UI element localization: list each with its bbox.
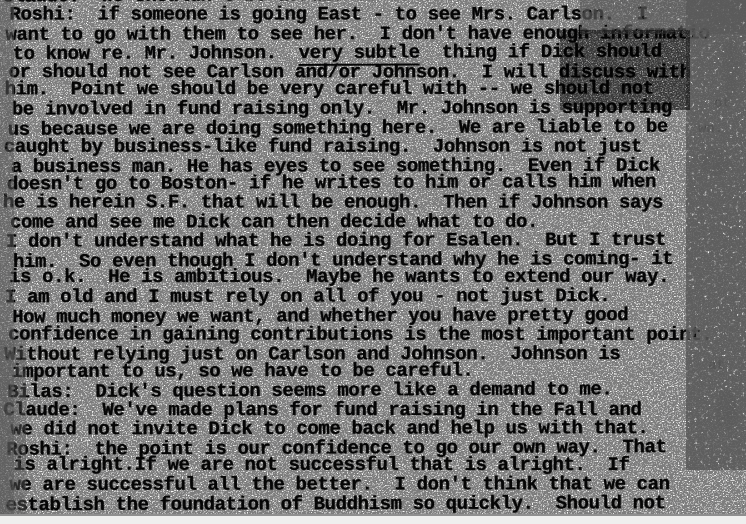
smudge-mark bbox=[716, 390, 738, 430]
text-line: I am old and I must rely on all of you -… bbox=[5, 286, 745, 306]
scanned-document-page: Claude: we shouldn't be afraid to contac… bbox=[0, 0, 746, 524]
text-line: establish the foundation of Buddhism so … bbox=[6, 493, 746, 514]
document-text: Claude: we shouldn't be afraid to contac… bbox=[5, 0, 746, 514]
smudge-mark bbox=[722, 40, 740, 100]
text-line: he is herein S.F. that will be enough. T… bbox=[3, 193, 743, 212]
text-line: is o.k. He is ambitious. Maybe he wants … bbox=[9, 268, 746, 287]
smudge-mark bbox=[700, 150, 730, 176]
page-bottom-strip bbox=[0, 514, 746, 524]
bleed-through-mark: wn. bbox=[698, 121, 723, 137]
bleed-through-mark: at bbox=[708, 358, 725, 374]
text-line: is alright.If we are not successful that… bbox=[13, 456, 746, 475]
text-line: confidence in gaining contributions is t… bbox=[8, 326, 746, 345]
